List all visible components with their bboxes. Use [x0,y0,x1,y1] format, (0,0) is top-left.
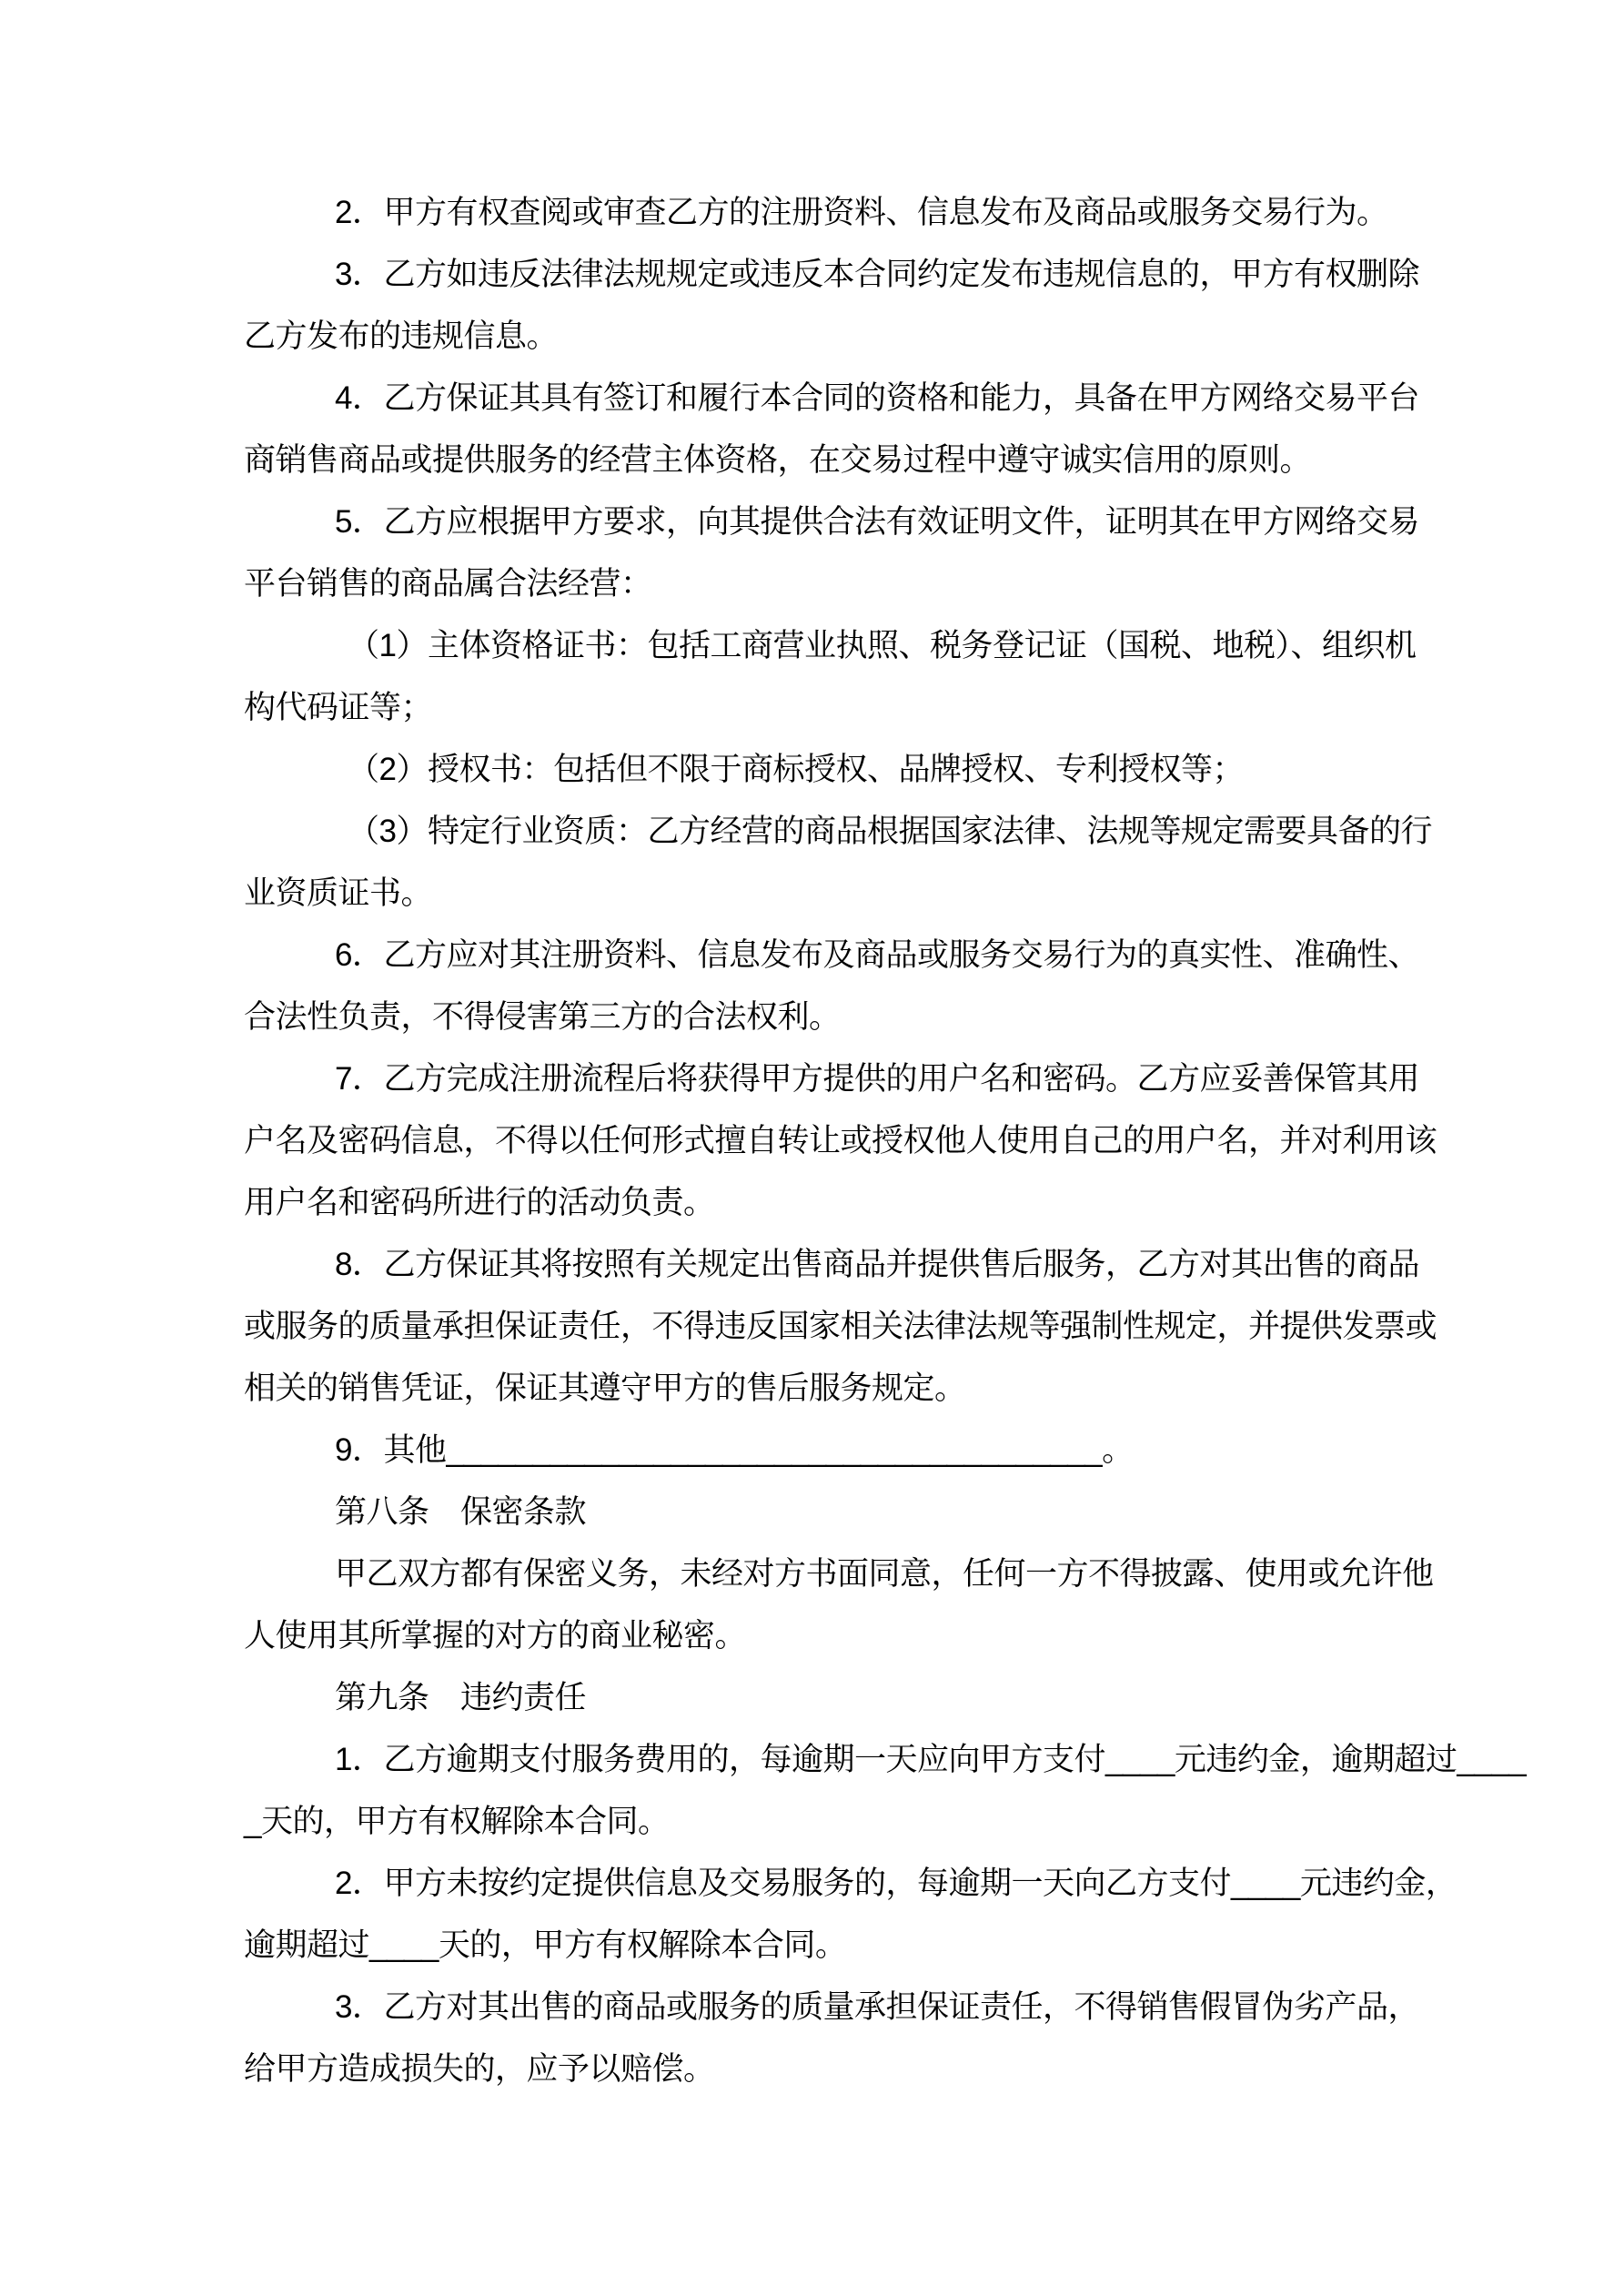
contract-line: 户名及密码信息，不得以任何形式擅自转让或授权他人使用自己的用户名，并对利用该 [244,1110,1427,1172]
contract-line: 甲乙双方都有保密义务，未经对方书面同意，任何一方不得披露、使用或允许他 [244,1543,1427,1605]
contract-line: 8．乙方保证其将按照有关规定出售商品并提供售后服务，乙方对其出售的商品 [244,1234,1427,1296]
contract-line: 7．乙方完成注册流程后将获得甲方提供的用户名和密码。乙方应妥善保管其用 [244,1048,1427,1110]
contract-line: 2．甲方有权查阅或审查乙方的注册资料、信息发布及商品或服务交易行为。 [244,182,1427,244]
contract-line: 6．乙方应对其注册资料、信息发布及商品或服务交易行为的真实性、准确性、 [244,925,1427,986]
contract-line: 相关的销售凭证，保证其遵守甲方的售后服务规定。 [244,1358,1427,1420]
contract-line: 商销售商品或提供服务的经营主体资格，在交易过程中遵守诚实信用的原则。 [244,430,1427,491]
contract-line: 或服务的质量承担保证责任，不得违反国家相关法律法规等强制性规定，并提供发票或 [244,1296,1427,1358]
contract-line: （1）主体资格证书：包括工商营业执照、税务登记证（国税、地税）、组织机 [244,615,1427,677]
contract-line: 4．乙方保证其具有签订和履行本合同的资格和能力，具备在甲方网络交易平台 [244,368,1427,430]
contract-line: 合法性负责，不得侵害第三方的合法权利。 [244,986,1427,1048]
contract-line: 9．其他____________________________________… [244,1420,1427,1482]
contract-line: 人使用其所掌握的对方的商业秘密。 [244,1605,1427,1667]
contract-line: （2）授权书：包括但不限于商标授权、品牌授权、专利授权等； [244,739,1427,801]
contract-line: 3．乙方对其出售的商品或服务的质量承担保证责任，不得销售假冒伪劣产品， [244,1977,1427,2038]
contract-line: 3．乙方如违反法律法规规定或违反本合同约定发布违规信息的，甲方有权删除 [244,244,1427,306]
section-heading: 第九条 违约责任 [244,1667,1427,1729]
contract-line: 5．乙方应根据甲方要求，向其提供合法有效证明文件，证明其在甲方网络交易 [244,491,1427,553]
contract-line: 业资质证书。 [244,863,1427,925]
contract-line: 逾期超过____天的，甲方有权解除本合同。 [244,1915,1427,1977]
contract-line: 乙方发布的违规信息。 [244,306,1427,368]
contract-line: _天的，甲方有权解除本合同。 [244,1791,1427,1853]
contract-text-block: 2．甲方有权查阅或审查乙方的注册资料、信息发布及商品或服务交易行为。3．乙方如违… [244,182,1427,2100]
contract-line: 1．乙方逾期支付服务费用的，每逾期一天应向甲方支付____元违约金，逾期超过__… [244,1729,1427,1791]
contract-line: （3）特定行业资质：乙方经营的商品根据国家法律、法规等规定需要具备的行 [244,801,1427,863]
section-heading: 第八条 保密条款 [244,1482,1427,1543]
contract-line: 给甲方造成损失的，应予以赔偿。 [244,2038,1427,2100]
document-page: 2．甲方有权查阅或审查乙方的注册资料、信息发布及商品或服务交易行为。3．乙方如违… [0,0,1624,2296]
contract-line: 平台销售的商品属合法经营： [244,553,1427,615]
contract-line: 构代码证等； [244,677,1427,739]
contract-line: 2．甲方未按约定提供信息及交易服务的，每逾期一天向乙方支付____元违约金， [244,1853,1427,1915]
contract-line: 用户名和密码所进行的活动负责。 [244,1172,1427,1234]
